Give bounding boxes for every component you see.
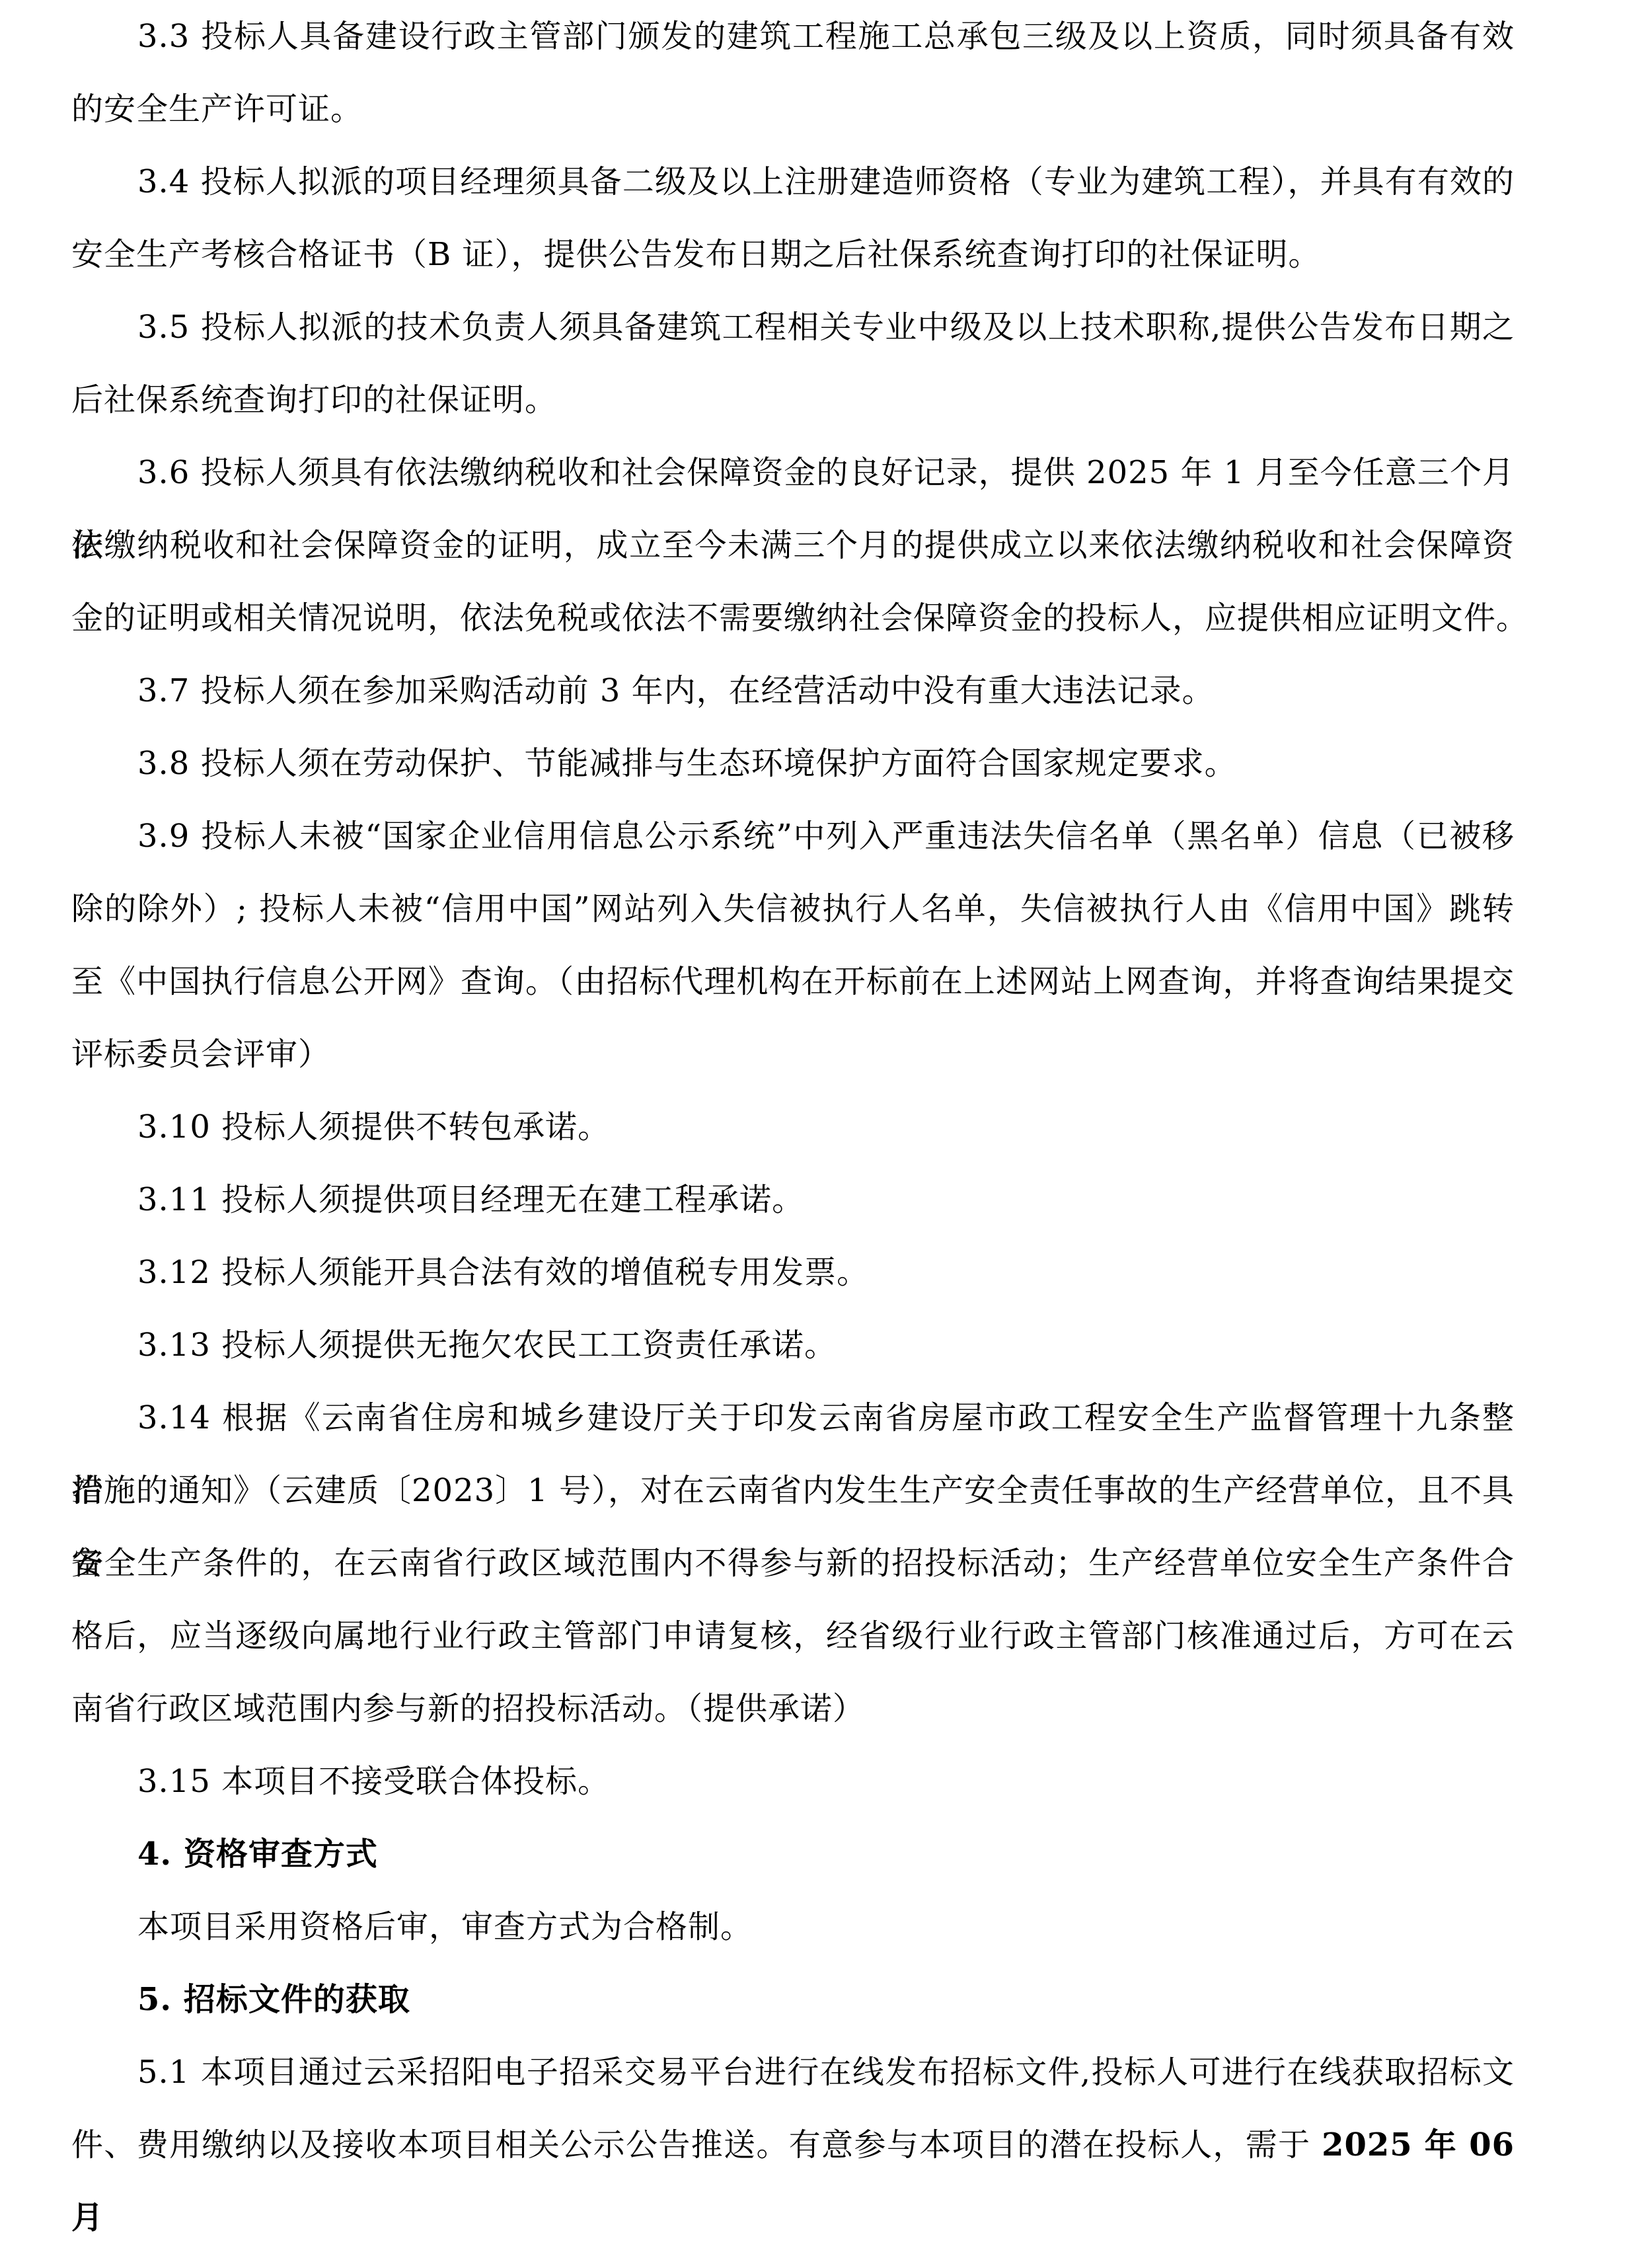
text-segment: 3.3 投标人具备建设行政主管部门颁发的建筑工程施工总承包三级及以上资质，同时须… [137,18,1515,55]
text-line: 评标委员会评审） [71,1018,1515,1091]
text-line: 件、费用缴纳以及接收本项目相关公示公告推送。有意参与本项目的潜在投标人，需于 2… [71,2109,1515,2181]
text-line: 至《中国执行信息公开网》查询。（由招标代理机构在开标前在上述网站上网查询，并将查… [71,945,1515,1018]
text-line: 措施的通知》（云建质〔2023〕1 号），对在云南省内发生生产安全责任事故的生产… [71,1454,1515,1527]
bold-text-segment: 5. 招标文件的获取 [137,1981,410,2018]
text-segment: 3.15 本项目不接受联合体投标。 [137,1763,610,1800]
section-heading: 5. 招标文件的获取 [71,1963,1515,2036]
bold-text-segment: 4. 资格审查方式 [137,1836,378,1873]
text-segment: 3.8 投标人须在劳动保护、节能减排与生态环境保护方面符合国家规定要求。 [137,745,1237,782]
text-segment: 后社保系统查询打印的社保证明。 [71,381,557,418]
text-line: 3.8 投标人须在劳动保护、节能减排与生态环境保护方面符合国家规定要求。 [71,727,1515,800]
text-segment: 3.11 投标人须提供项目经理无在建工程承诺。 [137,1181,804,1218]
text-segment: 至《中国执行信息公开网》查询。（由招标代理机构在开标前在上述网站上网查询，并将查… [71,963,1515,1000]
text-segment: 3.7 投标人须在参加采购活动前 3 年内，在经营活动中没有重大违法记录。 [137,672,1215,709]
text-segment: 除的除外）; 投标人未被“信用中国”网站列入失信被执行人名单，失信被执行人由《信… [71,890,1515,927]
text-line: 安全生产考核合格证书（B 证），提供公告发布日期之后社保系统查询打印的社保证明。 [71,218,1515,291]
text-line: 3.13 投标人须提供无拖欠农民工工资责任承诺。 [71,1309,1515,1381]
text-segment: 3.4 投标人拟派的项目经理须具备二级及以上注册建造师资格（专业为建筑工程），并… [137,163,1515,200]
text-segment: 的安全生产许可证。 [71,91,363,128]
text-segment: 金的证明或相关情况说明，依法免税或依法不需要缴纳社会保障资金的投标人，应提供相应… [71,600,1528,637]
text-line: 金的证明或相关情况说明，依法免税或依法不需要缴纳社会保障资金的投标人，应提供相应… [71,582,1515,654]
text-line: 3.15 本项目不接受联合体投标。 [71,1745,1515,1818]
text-line: 3.10 投标人须提供不转包承诺。 [71,1091,1515,1163]
text-segment: 安全生产条件的，在云南省行政区域范围内不得参与新的招投标活动；生产经营单位安全生… [71,1545,1515,1582]
text-line: 后社保系统查询打印的社保证明。 [71,364,1515,436]
text-line: 5.1 本项目通过云采招阳电子招采交易平台进行在线发布招标文件,投标人可进行在线… [71,2036,1515,2109]
text-segment: 本项目采用资格后审，审查方式为合格制。 [137,1908,753,1945]
text-line: 3.11 投标人须提供项目经理无在建工程承诺。 [71,1163,1515,1236]
text-segment: 5.1 本项目通过云采招阳电子招采交易平台进行在线发布招标文件,投标人可进行在线… [137,2054,1515,2091]
text-line: 3.7 投标人须在参加采购活动前 3 年内，在经营活动中没有重大违法记录。 [71,654,1515,727]
text-segment: 评标委员会评审） [71,1036,330,1073]
text-segment: 法缴纳税收和社会保障资金的证明，成立至今未满三个月的提供成立以来依法缴纳税收和社… [71,527,1515,564]
text-line: 3.3 投标人具备建设行政主管部门颁发的建筑工程施工总承包三级及以上资质，同时须… [71,0,1515,73]
text-segment: 安全生产考核合格证书（B 证），提供公告发布日期之后社保系统查询打印的社保证明。 [71,236,1321,273]
text-segment: 3.9 投标人未被“国家企业信用信息公示系统”中列入严重违法失信名单（黑名单）信… [137,818,1515,855]
text-line: 除的除外）; 投标人未被“信用中国”网站列入失信被执行人名单，失信被执行人由《信… [71,873,1515,945]
document-page: 3.3 投标人具备建设行政主管部门颁发的建筑工程施工总承包三级及以上资质，同时须… [71,0,1515,2181]
text-segment: 3.5 投标人拟派的技术负责人须具备建筑工程相关专业中级及以上技术职称,提供公告… [137,309,1515,346]
text-segment: 南省行政区域范围内参与新的招投标活动。（提供承诺） [71,1690,865,1727]
text-segment: 格后，应当逐级向属地行业行政主管部门申请复核，经省级行业行政主管部门核准通过后，… [71,1617,1515,1654]
text-line: 安全生产条件的，在云南省行政区域范围内不得参与新的招投标活动；生产经营单位安全生… [71,1527,1515,1600]
text-line: 3.4 投标人拟派的项目经理须具备二级及以上注册建造师资格（专业为建筑工程），并… [71,145,1515,218]
text-segment: 3.10 投标人须提供不转包承诺。 [137,1108,610,1146]
text-line: 南省行政区域范围内参与新的招投标活动。（提供承诺） [71,1672,1515,1745]
text-line: 格后，应当逐级向属地行业行政主管部门申请复核，经省级行业行政主管部门核准通过后，… [71,1600,1515,1672]
text-line: 本项目采用资格后审，审查方式为合格制。 [71,1890,1515,1963]
text-line: 3.12 投标人须能开具合法有效的增值税专用发票。 [71,1236,1515,1309]
text-line: 的安全生产许可证。 [71,73,1515,145]
text-line: 3.9 投标人未被“国家企业信用信息公示系统”中列入严重违法失信名单（黑名单）信… [71,800,1515,873]
text-segment: 3.13 投标人须提供无拖欠农民工工资责任承诺。 [137,1327,837,1364]
text-segment: 3.12 投标人须能开具合法有效的增值税专用发票。 [137,1254,869,1291]
section-heading: 4. 资格审查方式 [71,1818,1515,1890]
text-segment: 件、费用缴纳以及接收本项目相关公示公告推送。有意参与本项目的潜在投标人，需于 [71,2126,1322,2163]
text-line: 3.5 投标人拟派的技术负责人须具备建筑工程相关专业中级及以上技术职称,提供公告… [71,291,1515,364]
text-line: 法缴纳税收和社会保障资金的证明，成立至今未满三个月的提供成立以来依法缴纳税收和社… [71,509,1515,582]
text-line: 3.6 投标人须具有依法缴纳税收和社会保障资金的良好记录，提供 2025 年 1… [71,436,1515,509]
text-line: 3.14 根据《云南省住房和城乡建设厅关于印发云南省房屋市政工程安全生产监督管理… [71,1381,1515,1454]
